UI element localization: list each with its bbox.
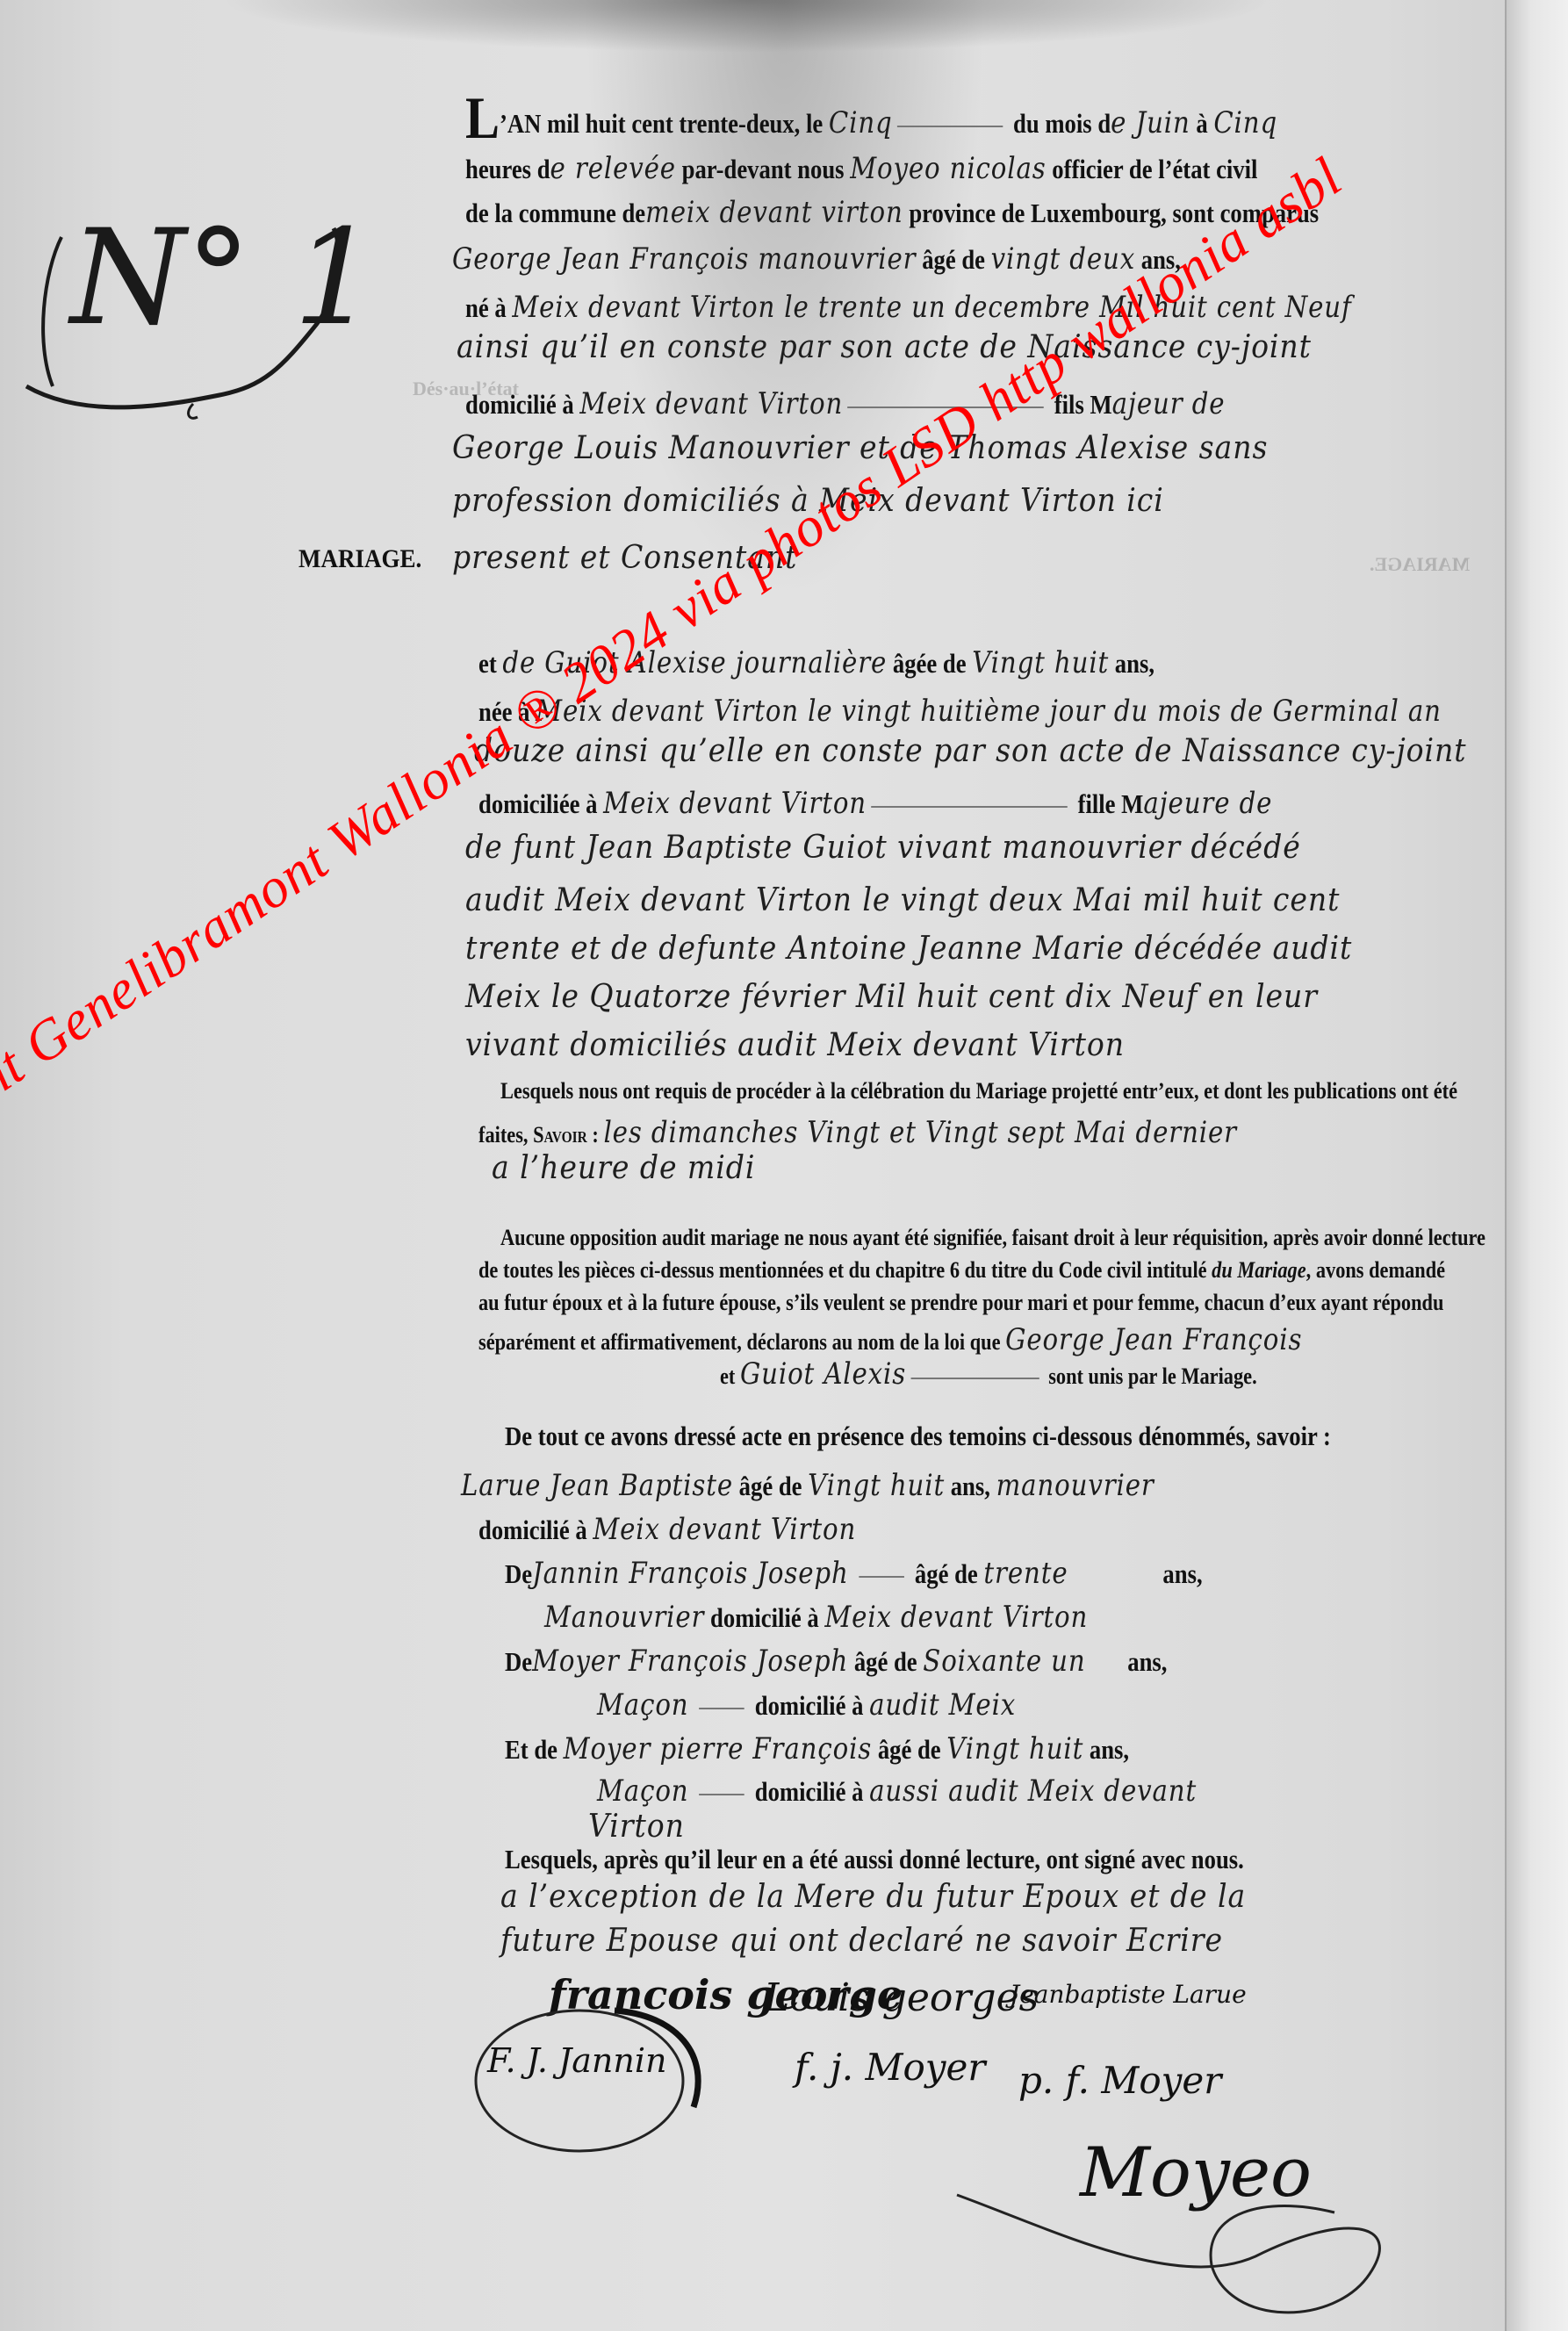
groom-birth-line: né à Meix devant Virton le trente un dec… [465, 290, 1352, 325]
publications-line-1: Lesquels nous ont requis de procéder à l… [500, 1078, 1457, 1104]
groom-domicile-line: domicilié à Meix devant Virton fils Maje… [465, 386, 1225, 421]
bride-domicile-line: domiciliée à Meix devant Virton fille Ma… [478, 786, 1272, 821]
preamble-line-3: de la commune demeix devant virton provi… [465, 195, 1319, 230]
publications-line-2: faites, Savoir : les dimanches Vingt et … [478, 1115, 1237, 1150]
witness-name: Moyer François Joseph [532, 1644, 848, 1679]
witness-1-line: Larue Jean Baptiste âgé de Vingt huit an… [461, 1468, 1154, 1503]
drop-cap: L [465, 84, 500, 151]
scan-shadow [219, 0, 1273, 53]
bride-parents-1: de funt Jean Baptiste Guiot vivant manou… [465, 830, 1301, 866]
declaration-line-1: Aucune opposition audit mariage ne nous … [500, 1225, 1485, 1251]
declaration-line-2: de toutes les pièces ci-dessus mentionné… [478, 1257, 1445, 1284]
closing-printed: Lesquels, après qu’il leur en a été auss… [505, 1844, 1244, 1875]
signature-witness-jannin: F. J. Jannin [487, 2041, 667, 2080]
bride-birth-line: née à Meix devant Virton le vingt huitiè… [478, 694, 1442, 729]
declaration-line-5: et Guiot Alexis sont unis par le Mariage… [720, 1356, 1257, 1392]
bride-birth-line-2: douze ainsi qu’elle en conste par son ac… [474, 733, 1467, 769]
witness-4-domicile-2: Virton [588, 1809, 685, 1845]
witnesses-intro: De tout ce avons dressé acte en présence… [505, 1421, 1331, 1452]
officer-paraph-icon [948, 2160, 1422, 2331]
signature-witness-moyer-pf: p. f. Moyer [1018, 2059, 1221, 2102]
page-binding-edge [1505, 0, 1568, 2331]
handwritten-day: Cinq [829, 105, 893, 140]
bride-parents-4: Meix le Quatorze février Mil huit cent d… [465, 979, 1318, 1015]
declared-bride: Guiot Alexis [740, 1356, 906, 1392]
witness-name: Larue Jean Baptiste [461, 1468, 733, 1503]
bride-domicile: Meix devant Virton [603, 786, 867, 821]
declared-groom: George Jean François [1005, 1322, 1302, 1357]
preamble-line-1: L’AN mil huit cent trente-deux, le Cinq … [465, 88, 1277, 147]
bleed-through-heading: MARIAGE. [1370, 553, 1470, 576]
groom-birth: Meix devant Virton le trente un decembre… [512, 290, 1351, 325]
witness-4-domicile: Maçon domicilié à aussi audit Meix devan… [597, 1773, 1197, 1809]
bride-parents-2: audit Meix devant Virton le vingt deux M… [465, 882, 1340, 918]
scanned-page: Dés·au·l’état MARIAGE. N° 1 L’AN mil hui… [0, 0, 1568, 2331]
handwritten-month: e Juin [1111, 105, 1190, 140]
witness-name: Jannin François Joseph [532, 1556, 849, 1591]
witness-3-domicile: Maçon domicilié à audit Meix [597, 1687, 1016, 1723]
publications-line-3: a l’heure de midi [492, 1150, 755, 1186]
act-number-flourish: N° 1 [18, 167, 386, 430]
witness-1-domicile: domicilié à Meix devant Virton [478, 1512, 856, 1547]
witness-2-domicile: Manouvrier domicilié à Meix devant Virto… [544, 1600, 1088, 1635]
closing-hw-2: future Epouse qui ont declaré ne savoir … [500, 1923, 1223, 1959]
witness-3-line: DeMoyer François Joseph âgé de Soixante … [505, 1644, 1167, 1679]
bride-parents-5: vivant domiciliés audit Meix devant Virt… [465, 1027, 1125, 1063]
signature-witness-moyer-fj: f. j. Moyer [795, 2046, 985, 2089]
witness-4-line: Et de Moyer pierre François âgé de Vingt… [505, 1731, 1129, 1766]
closing-hw-1: a l’exception de la Mere du futur Epoux … [500, 1879, 1246, 1915]
bride-age: Vingt huit [972, 645, 1109, 680]
declaration-line-4: séparément et affirmativement, déclarons… [478, 1322, 1302, 1357]
signature-witness-larue: Jeanbaptiste Larue [1010, 1980, 1247, 2009]
preamble-line-2: heures de relevée par-devant nous Moyeo … [465, 151, 1257, 186]
bride-birth: Meix devant Virton le vingt huitième jou… [536, 694, 1442, 729]
witness-name: Moyer pierre François [564, 1731, 872, 1766]
bride-parents-3: trente et de defunte Antoine Jeanne Mari… [465, 931, 1352, 967]
witness-2-line: DeJannin François Joseph âgé de trente a… [505, 1556, 1203, 1591]
signature-groom-father: Louis georges [764, 1975, 1039, 2020]
publication-dates: les dimanches Vingt et Vingt sept Mai de… [603, 1115, 1237, 1150]
margin-heading-mariage: MARIAGE. [298, 544, 421, 574]
groom-age: vingt deux [991, 241, 1135, 277]
groom-birth-line-2: ainsi qu’il en conste par son acte de Na… [457, 329, 1312, 365]
handwritten-hour: Cinq [1213, 105, 1277, 140]
declaration-line-3: au futur époux et à la future épouse, s’… [478, 1290, 1443, 1316]
groom-name-line: George Jean François manouvrier âgé de v… [452, 241, 1181, 277]
groom-domicile: Meix devant Virton [579, 386, 843, 421]
groom-name: George Jean François manouvrier [452, 241, 917, 277]
handwritten-commune: meix devant virton [645, 195, 903, 230]
act-number: N° 1 [70, 202, 377, 355]
handwritten-officer: Moyeo nicolas [850, 151, 1046, 186]
